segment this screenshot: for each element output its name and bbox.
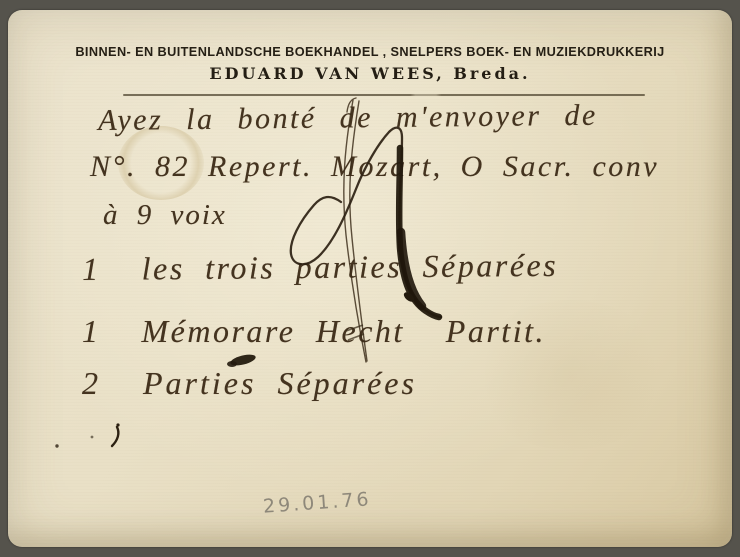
handwritten-line-5: 1 Mémorare Hecht Partit. [82, 313, 546, 350]
handwritten-line-6: 2 Parties Séparées [82, 365, 417, 402]
header-rule [123, 94, 645, 96]
photo-background: BINNEN- EN BUITENLANDSCHE BOEKHANDEL , S… [0, 0, 740, 557]
handwritten-line-4: 1 les trois parties Séparées [82, 247, 558, 288]
printed-header-line1: BINNEN- EN BUITENLANDSCHE BOEKHANDEL , S… [15, 45, 725, 60]
handwritten-line-1: Ayez la bonté de m'envoyer de [98, 99, 598, 138]
printed-header-line2: EDUARD VAN WEES, Breda. [8, 66, 732, 82]
handwritten-line-2: N°. 82 Repert. Mozart, O Sacr. conv [90, 150, 659, 184]
handwritten-line-3: à 9 voix [103, 199, 227, 232]
